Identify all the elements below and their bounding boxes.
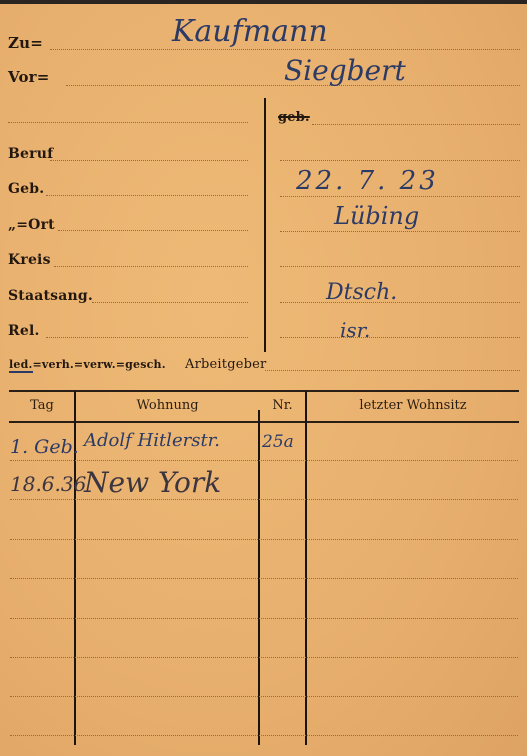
table-top-rule <box>9 390 519 392</box>
district-field-line <box>54 266 248 267</box>
birth-place-field-line <box>58 230 248 231</box>
table-row-line-7 <box>10 696 518 697</box>
right-field-line-4 <box>280 266 520 267</box>
birth-place-value: Lübing <box>334 202 419 230</box>
table-header-tag: Tag <box>9 398 75 413</box>
blank-field-line <box>8 122 248 123</box>
marital-status-selected-mark: led. <box>9 358 33 373</box>
marital-status-rest: =verh.=verw.=gesch. <box>33 358 166 371</box>
table-row-1-nr: 25a <box>262 432 294 452</box>
maiden-name-field-line <box>312 124 520 125</box>
occupation-label: Beruf <box>8 146 53 162</box>
citizenship-field-line <box>92 302 248 303</box>
surname-value: Kaufmann <box>172 14 328 49</box>
table-row-line-6 <box>10 657 518 658</box>
table-row-1-wohnung: Adolf Hitlerstr. <box>84 430 220 451</box>
table-row-2-tag: 18.6.36 <box>10 472 86 496</box>
first-name-label: Vor= <box>8 68 50 86</box>
occupation-field-line <box>50 160 248 161</box>
registration-card: Zu= Kaufmann Vor= Siegbert Beruf Geb. „=… <box>0 0 527 756</box>
table-row-line-5 <box>10 618 518 619</box>
table-header-letzter-wohnsitz: letzter Wohnsitz <box>307 398 519 413</box>
citizenship-value: Dtsch. <box>326 280 397 305</box>
table-row-line-2 <box>10 499 518 500</box>
birth-date-value: 22. 7. 23 <box>296 166 439 196</box>
maiden-name-label: geb. <box>278 110 310 125</box>
religion-value: isr. <box>340 318 370 342</box>
marital-status-options: led.=verh.=verw.=gesch. <box>9 358 166 371</box>
religion-label: Rel. <box>8 323 40 339</box>
first-name-value: Siegbert <box>284 54 406 87</box>
table-header-rule <box>9 421 519 423</box>
birth-date-label: Geb. <box>8 181 44 197</box>
citizenship-label: Staatsang. <box>8 288 93 304</box>
surname-field-line <box>50 49 520 50</box>
right-field-line-5 <box>280 302 520 303</box>
table-row-1-tag: 1. Geb. <box>10 436 79 458</box>
employer-field-line <box>265 370 520 371</box>
district-label: Kreis <box>8 252 51 268</box>
table-row-line-4 <box>10 578 518 579</box>
table-header-wohnung: Wohnung <box>76 398 259 413</box>
right-field-line-6 <box>280 337 520 338</box>
birth-place-label: „=Ort <box>8 217 55 233</box>
table-col-divider-3 <box>305 391 307 745</box>
religion-field-line <box>46 337 248 338</box>
birth-date-field-line <box>46 195 248 196</box>
right-field-line-2 <box>280 196 520 197</box>
table-header-nr: Nr. <box>259 398 306 413</box>
table-row-line-3 <box>10 539 518 540</box>
right-field-line-3 <box>280 231 520 232</box>
table-row-line-8 <box>10 735 518 736</box>
card-top-edge <box>0 0 527 4</box>
surname-label: Zu= <box>8 34 43 52</box>
employer-label: Arbeitgeber <box>185 357 266 372</box>
table-row-line-1 <box>10 460 518 461</box>
table-row-2-wohnung: New York <box>84 466 221 499</box>
right-field-line-1 <box>280 160 520 161</box>
upper-column-divider <box>264 98 266 352</box>
